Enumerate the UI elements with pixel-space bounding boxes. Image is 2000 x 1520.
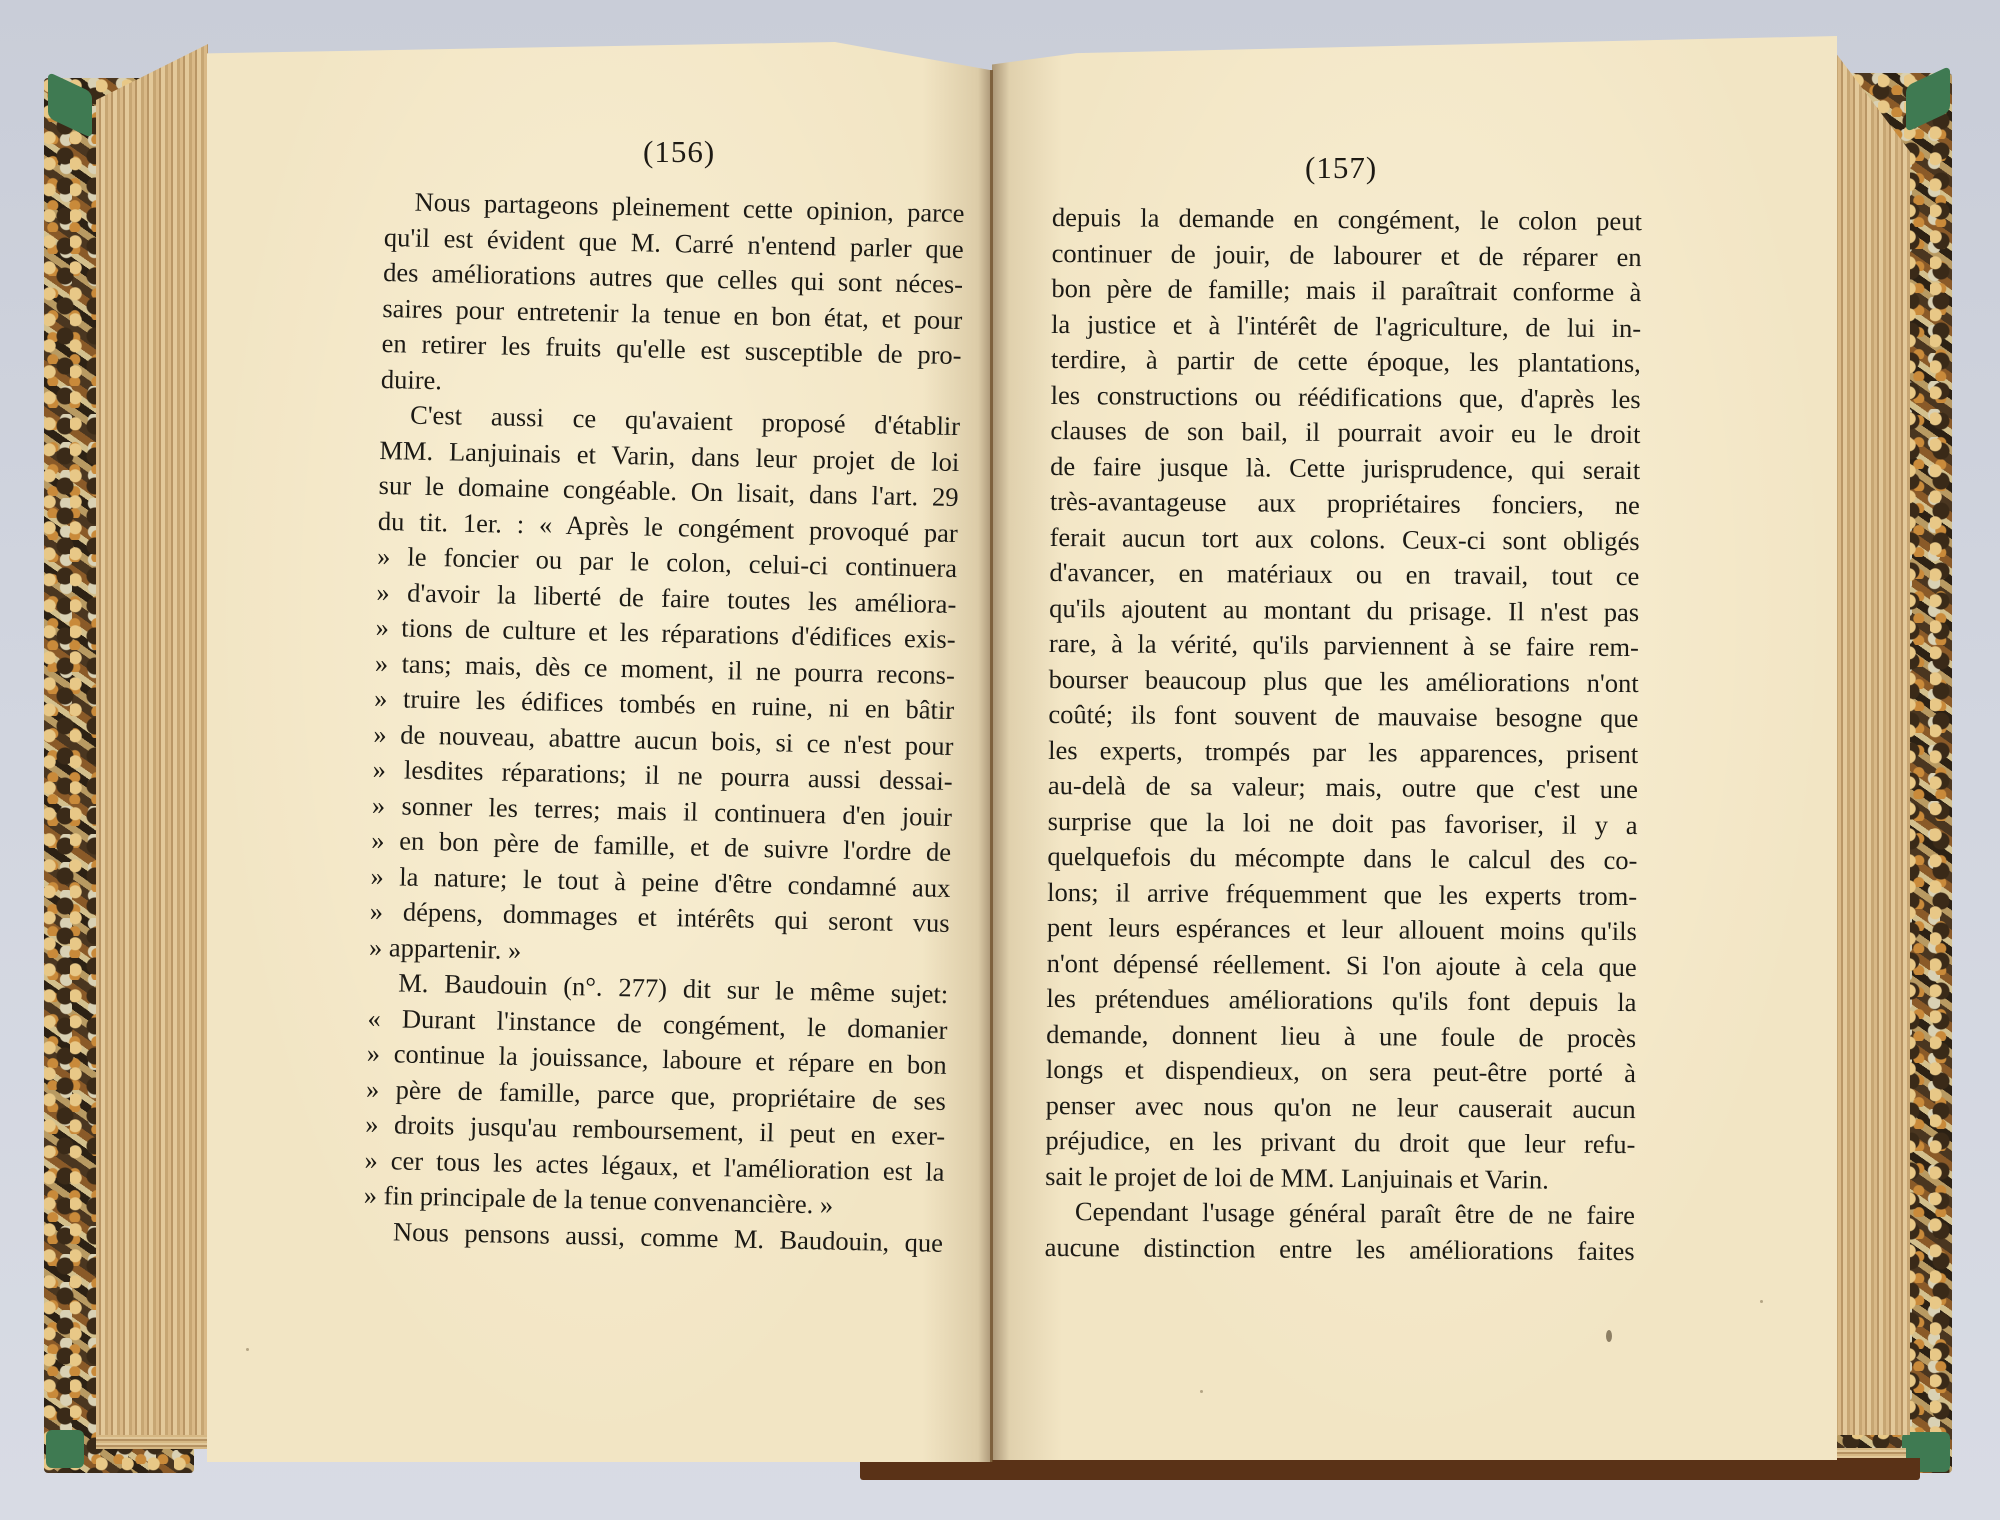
text-line: clauses de son bail, il pourrait avoir e…: [1050, 413, 1640, 453]
text-line: ferait aucun tort aux colons. Ceux-ci so…: [1050, 519, 1640, 559]
paper-speck: [1200, 1390, 1203, 1393]
left-bottom-corner-leather: [46, 1430, 84, 1468]
gutter-fold: [990, 70, 993, 1462]
text-line: rare, à la vérité, qu'ils parviennent à …: [1049, 626, 1639, 666]
right-page-text: depuis la demande en congément, le colon…: [1045, 200, 1642, 1269]
text-line: qu'ils ajoutent au montant du prisage. I…: [1049, 590, 1639, 630]
text-line: aucune distinction entre les amélioratio…: [1045, 1229, 1635, 1269]
left-page-number: (156): [643, 134, 715, 170]
text-line: lons; il arrive fréquemment que les expe…: [1047, 874, 1637, 914]
paper-speck: [1760, 1300, 1763, 1303]
right-page-number: (157): [1305, 150, 1377, 186]
text-line: Cependant l'usage général paraît être de…: [1045, 1194, 1635, 1234]
text-line: n'ont dépensé réellement. Si l'on ajoute…: [1047, 945, 1637, 985]
text-line: les prétendues améliorations qu'ils font…: [1046, 981, 1636, 1021]
text-line: terdire, à partir de cette époque, les p…: [1051, 342, 1641, 382]
right-page-stack-edge: [1826, 40, 1910, 1435]
left-page-text: Nous partageons pleinement cette opinion…: [363, 184, 965, 1261]
text-line: longs et dispendieux, on sera peut-être …: [1046, 1052, 1636, 1092]
text-line: bourser beaucoup plus que les améliorati…: [1049, 661, 1639, 701]
paper-speck: [1606, 1330, 1612, 1342]
spine-bottom-edge: [860, 1458, 1920, 1480]
text-line: d'avancer, en matériaux ou en travail, t…: [1049, 555, 1639, 595]
text-line: penser avec nous qu'on ne leur causerait…: [1046, 1087, 1636, 1127]
text-line: très-avantageuse aux propriétaires fonci…: [1050, 484, 1640, 524]
text-line: continuer de jouir, de labourer et de ré…: [1052, 235, 1642, 275]
text-line: depuis la demande en congément, le colon…: [1052, 200, 1642, 240]
text-line: la justice et à l'intérêt de l'agricultu…: [1051, 306, 1641, 346]
text-line: demande, donnent lieu à une foule de pro…: [1046, 1016, 1636, 1056]
text-line: sait le projet de loi de MM. Lanjuinais …: [1045, 1158, 1635, 1198]
text-line: quelquefois du mécompte dans le calcul d…: [1047, 839, 1637, 879]
left-page-stack-edge: [96, 44, 208, 1444]
text-line: pent leurs espérances et leur allouent m…: [1047, 910, 1637, 950]
paper-speck: [246, 1348, 249, 1351]
text-line: au-delà de sa valeur; mais, outre que c'…: [1048, 768, 1638, 808]
text-line: coûté; ils font souvent de mauvaise beso…: [1048, 697, 1638, 737]
text-line: bon père de famille; mais il paraîtrait …: [1051, 271, 1641, 311]
text-line: les experts, trompés par les apparences,…: [1048, 732, 1638, 772]
text-line: les constructions ou réédifications que,…: [1051, 377, 1641, 417]
text-line: de faire jusque là. Cette jurisprudence,…: [1050, 448, 1640, 488]
text-line: préjudice, en les privant du droit que l…: [1045, 1123, 1635, 1163]
text-line: surprise que la loi ne doit pas favorise…: [1048, 803, 1638, 843]
